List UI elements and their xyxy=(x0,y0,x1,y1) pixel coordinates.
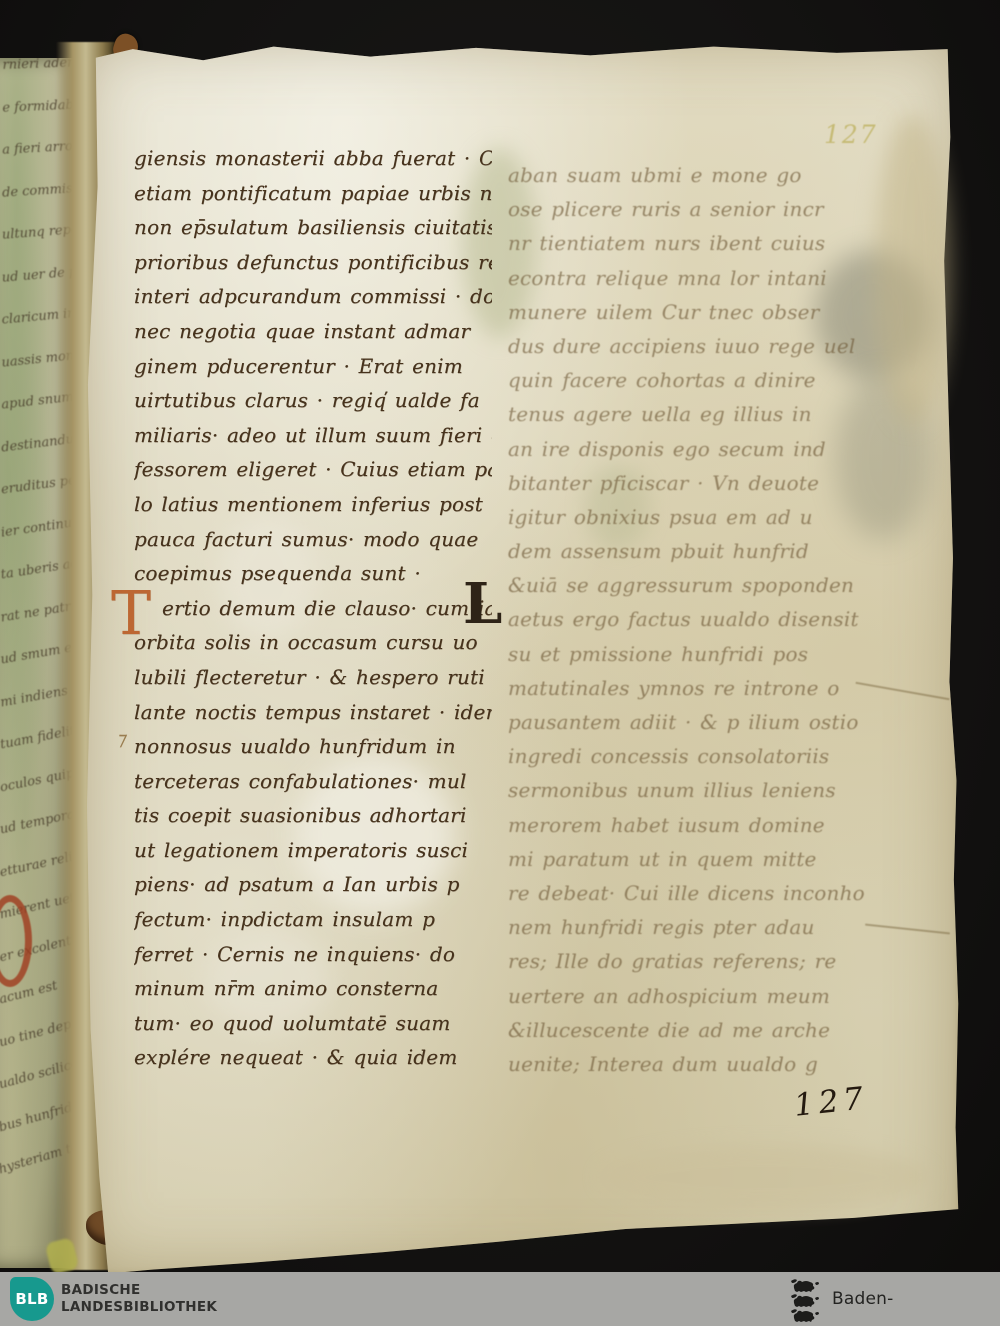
manuscript-line: coepimus psequenda sunt · xyxy=(134,561,492,596)
manuscript-line: ut legationem imperatoris susci xyxy=(134,838,492,873)
manuscript-line: orbita solis in occasum cursu uo xyxy=(134,630,492,665)
manuscript-line: uenite; Interea dum uualdo g xyxy=(508,1047,880,1081)
manuscript-line: uertere an adhospicium meum xyxy=(508,979,880,1013)
manuscript-line: non ep̄sulatum basiliensis ciuitatis · xyxy=(134,215,492,250)
folio-number-faint: 127 xyxy=(824,120,878,149)
manuscript-line: igitur obnixius psua em ad u xyxy=(508,500,880,534)
manuscript-line: res; Ille do gratias referens; re xyxy=(508,944,880,978)
baden-wuerttemberg-coat-of-arms-icon xyxy=(787,1276,825,1322)
manuscript-line: uirtutibus clarus · regiq̕ ualde fa xyxy=(134,388,492,423)
manuscript-line: econtra relique mna lor intani xyxy=(508,261,880,295)
manuscript-line: nec negotia quae instant admar xyxy=(134,319,492,354)
manuscript-line: ferret · Cernis ne inquiens· do xyxy=(134,942,492,977)
manuscript-line: nonnosus uualdo hunfridum in xyxy=(134,734,492,769)
footer-bar: BLB BADISCHE LANDESBIBLIOTHEK Baden-Würt… xyxy=(0,1272,1000,1326)
manuscript-line: pausantem adiit · & p ilium ostio xyxy=(508,705,880,739)
manuscript-line: fectum· inpdictam insulam p xyxy=(134,907,492,942)
manuscript-line: ose plicere ruris a senior incr xyxy=(508,192,880,226)
manuscript-line: miliaris· adeo ut illum suum fieri con xyxy=(134,423,492,458)
manuscript-line: interi adpcurandum commissi · do xyxy=(134,284,492,319)
manuscript-line: matutinales ymnos re introne o xyxy=(508,671,880,705)
initial-L: L xyxy=(463,576,502,632)
blb-logo-text: BLB xyxy=(10,1277,54,1321)
manuscript-right-column: aban suam ubmi e mone goose plicere ruri… xyxy=(508,158,880,1098)
manuscript-line: fessorem eligeret · Cuius etiam pau xyxy=(134,457,492,492)
manuscript-line: dus dure accipiens iuuo rege uel xyxy=(508,329,880,363)
manuscript-line: ingredi concessis consolatoriis xyxy=(508,739,880,773)
state-name: Baden-Württemberg xyxy=(832,1272,1000,1326)
manuscript-line: &uiā se aggressurum spoponden xyxy=(508,568,880,602)
manuscript-line: nr tientiatem nurs ibent cuius xyxy=(508,226,880,260)
manuscript-line: munere uilem Cur tnec obser xyxy=(508,295,880,329)
manuscript-line: lante noctis tempus instaret · idem xyxy=(134,700,492,735)
manuscript-line: tenus agere uella eg illius in xyxy=(508,397,880,431)
manuscript-line: piens· ad psatum a Ian urbis p xyxy=(134,872,492,907)
manuscript-line: su et pmissione hunfridi pos xyxy=(508,637,880,671)
marginal-mark: ⁊ xyxy=(116,728,125,750)
manuscript-line: ginem pducerentur · Erat enim xyxy=(134,354,492,389)
manuscript-line: tum· eo quod uolumtatē suam xyxy=(134,1011,492,1046)
manuscript-line: mi paratum ut in quem mitte xyxy=(508,842,880,876)
manuscript-line: an ire disponis ego secum ind xyxy=(508,432,880,466)
library-name: BADISCHE LANDESBIBLIOTHEK xyxy=(61,1282,217,1315)
manuscript-line: pauca facturi sumus· modo quae xyxy=(134,527,492,562)
manuscript-line: dem assensum pbuit hunfrid xyxy=(508,534,880,568)
manuscript-line: &illucescente die ad me arche xyxy=(508,1013,880,1047)
blb-logo: BLB xyxy=(10,1277,54,1321)
manuscript-line: quin facere cohortas a dinire xyxy=(508,363,880,397)
manuscript-line: giensis monasterii abba fuerat · Cui xyxy=(134,146,492,181)
manuscript-line: nem hunfridi regis pter adau xyxy=(508,910,880,944)
manuscript-line: lubili flecteretur · & hespero ruti xyxy=(134,665,492,700)
manuscript-left-column: giensis monasterii abba fuerat · Cuietia… xyxy=(134,146,492,1096)
manuscript-line: etiam pontificatum papiae urbis ne xyxy=(134,181,492,216)
rubricated-initial-T: T xyxy=(111,584,151,644)
manuscript-scan-viewport: rnieri ademp luee formidabilis un agila … xyxy=(0,0,1000,1326)
manuscript-line: aetus ergo factus uualdo disensit xyxy=(508,602,880,636)
library-name-line1: BADISCHE xyxy=(61,1282,217,1299)
manuscript-line: minum nr̄m animo consterna xyxy=(134,976,492,1011)
manuscript-line: explére nequeat · & quia idem xyxy=(134,1045,492,1080)
manuscript-line: tis coepit suasionibus adhortari xyxy=(134,803,492,838)
library-name-line2: LANDESBIBLIOTHEK xyxy=(61,1299,217,1316)
manuscript-line: aban suam ubmi e mone go xyxy=(508,158,880,192)
manuscript-line: lo latius mentionem inferius post xyxy=(134,492,492,527)
manuscript-line: ertio demum die clauso· cum iam xyxy=(134,596,492,631)
manuscript-line: prioribus defunctus pontificibus re xyxy=(134,250,492,285)
manuscript-line: terceteras confabulationes· mul xyxy=(134,769,492,804)
manuscript-line: bitanter pficiscar · Vn deuote xyxy=(508,466,880,500)
manuscript-line: merorem habet iusum domine xyxy=(508,808,880,842)
manuscript-line: sermonibus unum illius leniens xyxy=(508,773,880,807)
manuscript-line: re debeat· Cui ille dicens inconho xyxy=(508,876,880,910)
